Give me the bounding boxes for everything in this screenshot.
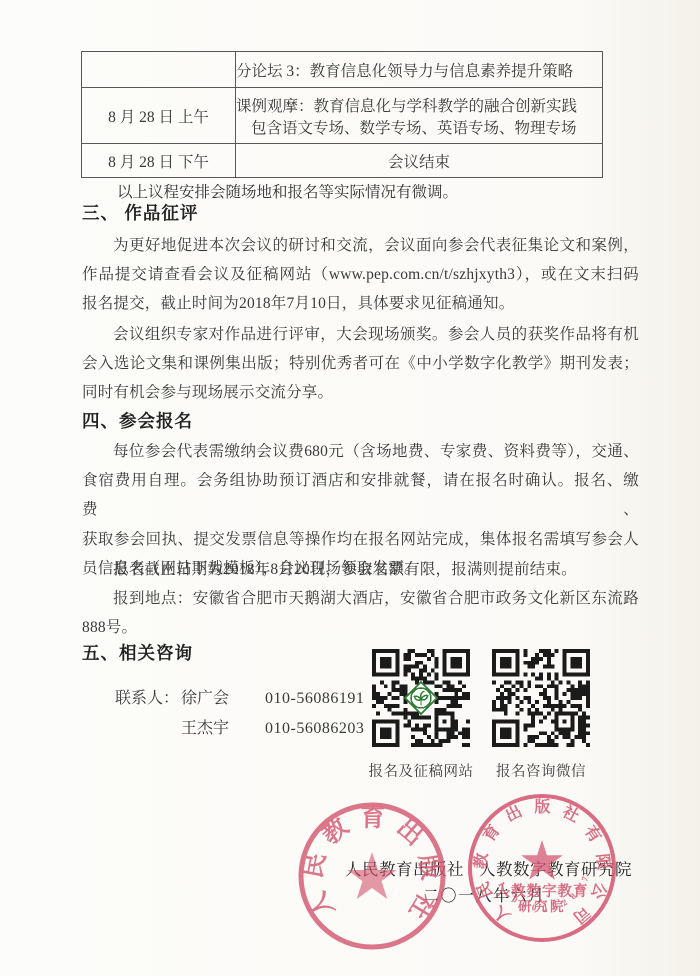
schedule-content-cell: 分论坛 3：教育信息化领导力与信息素养提升策略 [236,52,603,88]
section3-paragraph2: 会议组织专家对作品进行评审，大会现场颁奖。参会人员的获奖作品将有机 会入选论文集… [82,320,639,408]
section4-paragraph3: 报到地点：安徽省合肥市天鹅湖大酒店，安徽省合肥市政务文化新区东流路 888号。 [82,584,639,642]
contact-block: 联系人： 徐广会 010-56086191 王杰宇 010-56086203 [115,684,364,744]
contact-row: 王杰宇 010-56086203 [115,714,364,744]
section4-heading: 四、参会报名 [82,408,193,433]
schedule-note: 以上议程安排会随场地和报名等实际情况有微调。 [117,180,458,202]
contact-name: 王杰宇 [181,714,245,744]
schedule-line: 分论坛 3：教育信息化领导力与信息素养提升策略 [236,59,602,81]
text-line: 同时有机会参与现场展示交流分享。 [82,378,639,407]
contact-phone: 010-56086203 [265,714,364,744]
text-line: 会入选论文集和课例集出版；特别优秀者可在《中小学数字化教学》期刊发表； [82,349,639,378]
schedule-time-cell: 8 月 28 日 上午 [82,88,236,144]
schedule-time-cell: 8 月 28 日 下午 [82,144,236,178]
text-line: 报名截止日期为2018年8月20日，参会名额有限，报满则提前结束。 [82,555,639,584]
signature-org-right: 人教数字教育研究院 [479,856,632,880]
schedule-time-cell [82,52,236,88]
text-line: 获取参会回执、提交发票信息等操作均在报名网站完成，集体报名需填写参会人 [82,525,639,554]
qr-code-wechat [492,649,590,747]
signature-org-left: 人民教育出版社 [345,856,464,880]
schedule-table: 分论坛 3：教育信息化领导力与信息素养提升策略 8 月 28 日 上午 课例观摩… [81,51,603,178]
schedule-row-morning: 8 月 28 日 上午 课例观摩：教育信息化与学科教学的融合创新实践 包含语文专… [82,88,603,144]
signature-date: 二〇一八年六月 [423,883,546,906]
schedule-line: 包含语文专场、数学专场、英语专场、物理专场 [236,116,602,138]
qr-caption-website: 报名及征稿网站 [366,760,476,781]
text-line: 报到地点：安徽省合肥市天鹅湖大酒店，安徽省合肥市政务文化新区东流路 [82,584,639,613]
text-line: 为更好地促进本次会议的研讨和交流，会议面向参会代表征集论文和案例， [82,231,639,260]
schedule-line: 课例观摩：教育信息化与学科教学的融合创新实践 [236,94,602,116]
section3-heading: 三、 作品征评 [82,200,198,225]
contact-row: 联系人： 徐广会 010-56086191 [115,684,364,714]
text-line: 作品提交请查看会议及征稿网站（www.pep.com.cn/t/szhjxyth… [82,260,639,289]
text-line: 会议组织专家对作品进行评审，大会现场颁奖。参会人员的获奖作品将有机 [82,320,639,349]
text-line: 报名提交，截止时间为2018年7月10日，具体要求见征稿通知。 [82,289,639,318]
contact-label-spacer [115,714,181,744]
schedule-content-cell: 课例观摩：教育信息化与学科教学的融合创新实践 包含语文专场、数学专场、英语专场、… [236,88,603,144]
contact-phone: 010-56086191 [265,684,364,714]
schedule-row-afternoon: 8 月 28 日 下午 会议结束 [82,144,603,178]
section4-paragraph2: 报名截止日期为2018年8月20日，参会名额有限，报满则提前结束。 [82,555,639,584]
document-page: 分论坛 3：教育信息化领导力与信息素养提升策略 8 月 28 日 上午 课例观摩… [0,0,700,976]
schedule-content-cell: 会议结束 [236,144,603,178]
contact-name: 徐广会 [181,684,245,714]
contact-label: 联系人： [115,684,181,714]
text-line: 食宿费用自理。会务组协助预订酒店和安排就餐，请在报名时确认。报名、缴费、 [82,466,639,524]
schedule-row-forum3: 分论坛 3：教育信息化领导力与信息素养提升策略 [82,52,603,88]
qr-code-website [372,649,470,747]
text-line: 888号。 [82,613,639,642]
text-line: 每位参会代表需缴纳会议费680元（含场地费、专家费、资料费等），交通、 [82,437,639,466]
section3-paragraph1: 为更好地促进本次会议的研讨和交流，会议面向参会代表征集论文和案例， 作品提交请查… [82,231,639,319]
qr-caption-wechat: 报名咨询微信 [492,760,590,781]
section5-heading: 五、相关咨询 [82,640,193,665]
